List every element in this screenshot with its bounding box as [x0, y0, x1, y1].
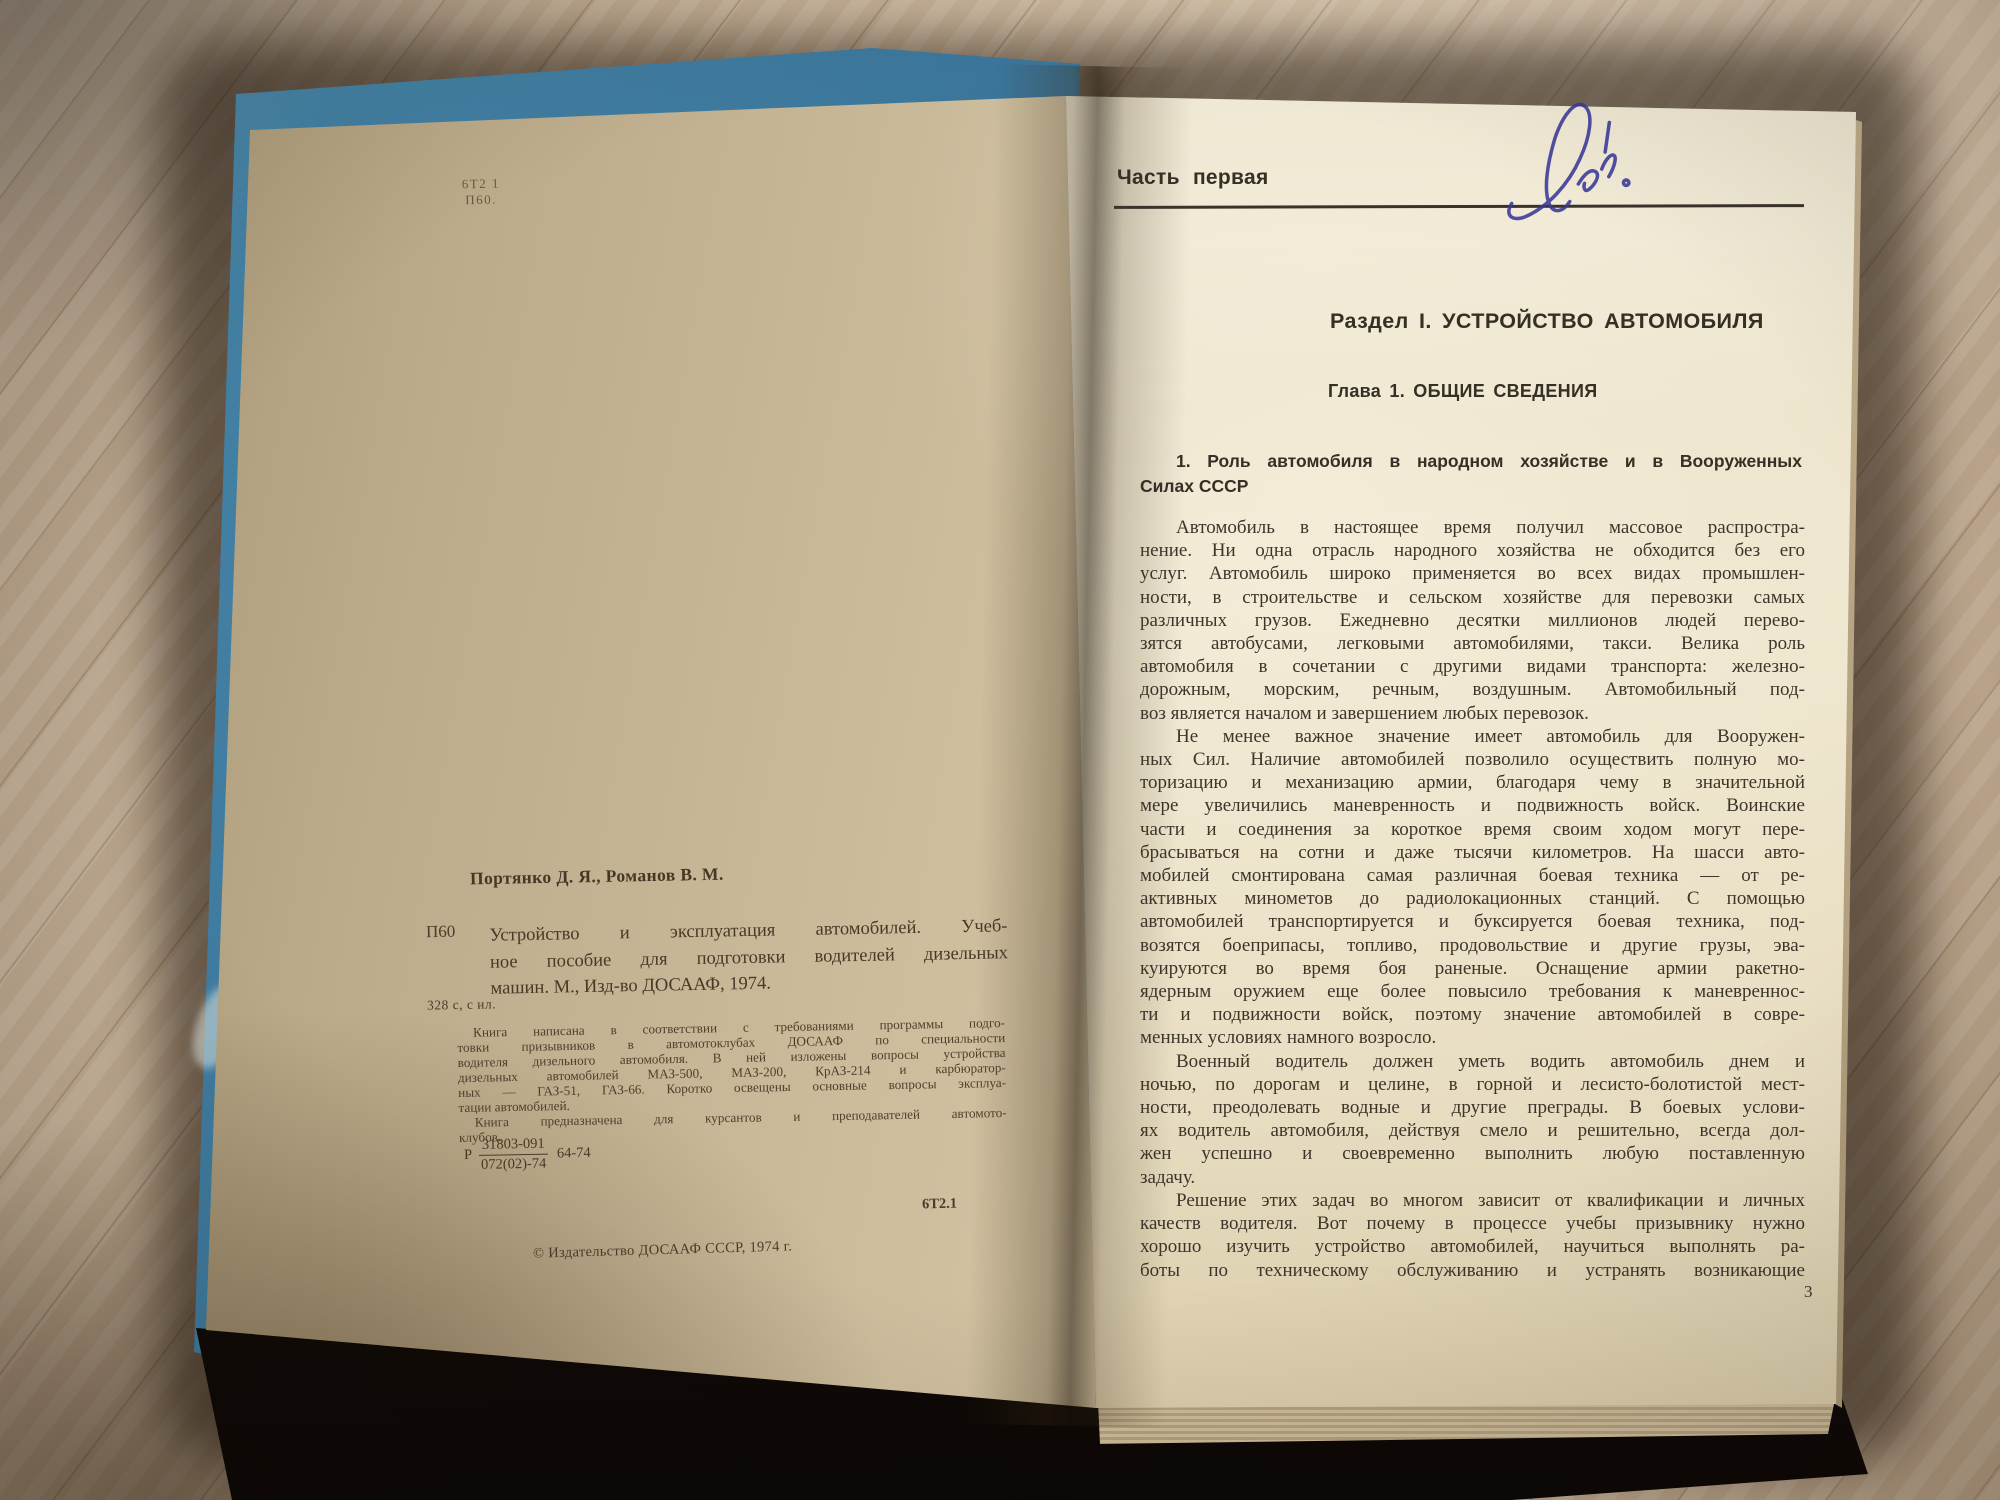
photo-vignette — [0, 0, 2000, 1500]
photo-of-open-book: 6Т2 1 П60. Портянко Д. Я., Романов В. М.… — [0, 0, 2000, 1500]
